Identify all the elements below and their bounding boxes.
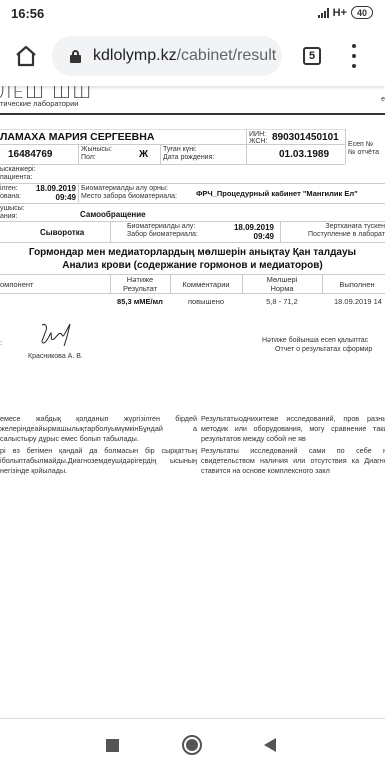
cell-norm: 5,8 - 71,2 — [242, 297, 322, 306]
report-generated-note: Нәтиже бойынша есеп қалыптасОтчет о резу… — [262, 336, 372, 354]
divider — [246, 129, 247, 164]
lock-icon — [70, 50, 81, 63]
column-header-component: омпонент — [0, 280, 33, 289]
divider — [110, 221, 111, 242]
collection-datetime: 18.09.201909:49 — [230, 223, 274, 241]
registration-label: ілген:ована: — [0, 185, 21, 201]
biomaterial-place-label: Биоматериалды алу орны:Место забора биом… — [81, 185, 177, 201]
lab-receipt-label: Зертханаға түскенПоступление в лаборат — [298, 223, 385, 239]
home-icon — [12, 42, 40, 70]
signature-image — [36, 321, 76, 349]
cell-comment: повышено — [170, 297, 242, 306]
lab-logo-subtitle: тические лаборатории — [0, 99, 78, 108]
header-right-text: е — [381, 96, 385, 103]
signal-icon — [318, 8, 329, 18]
tab-switcher-button[interactable]: 5 — [303, 47, 321, 65]
divider — [0, 293, 385, 294]
sex-value: Ж — [139, 150, 148, 159]
status-bar: 16:56 H+ 40 — [0, 0, 385, 28]
disclaimer-ru-2: Результаты исследований сами по себе не … — [201, 446, 385, 476]
system-navigation-bar — [0, 718, 385, 770]
dob-label: Туған күні:Дата рождения: — [163, 146, 214, 162]
column-header-result: НәтижеРезультат — [110, 275, 170, 293]
disclaimer-kz-1: емесе жабдық қолданып жүргізілген бірдей… — [0, 414, 197, 444]
dob-value: 01.03.1989 — [279, 150, 329, 159]
divider — [280, 221, 281, 242]
sample-type: Сыворотка — [40, 228, 84, 237]
column-header-norm: МөлшеріНорма — [242, 275, 322, 293]
home-nav-button[interactable] — [182, 735, 202, 755]
battery-icon: 40 — [351, 6, 373, 19]
disclaimer-kz-2: рі өз бетімен қандай да болмасын бір сыр… — [0, 446, 197, 476]
back-button[interactable] — [264, 738, 276, 752]
divider — [345, 129, 346, 164]
recent-apps-button[interactable] — [106, 739, 119, 752]
iin-label: ИИН:ЖСН: — [249, 131, 267, 145]
address-label: ысканжері:пациента: — [0, 166, 35, 182]
lab-report-document: ЛЕШ ШШ тические лаборатории е ЛАМАХА МАР… — [0, 86, 385, 700]
overflow-menu-button[interactable] — [350, 44, 358, 68]
divider — [0, 129, 345, 130]
divider — [0, 221, 385, 222]
lab-logo: ЛЕШ ШШ — [0, 86, 92, 100]
referral-value: Самообращение — [80, 210, 146, 219]
divider — [0, 164, 345, 165]
divider — [78, 183, 79, 202]
column-header-done: Выполнен — [322, 280, 385, 289]
home-button[interactable] — [12, 42, 40, 70]
patient-id: 16484769 — [8, 150, 53, 159]
url-path: /cabinet/result — [177, 47, 277, 64]
sex-label: Жынысы:Пол: — [81, 146, 112, 162]
status-time: 16:56 — [11, 6, 44, 21]
cell-done: 18.09.2019 14 — [334, 297, 382, 306]
url-host: kdlolymp.kz — [93, 47, 177, 64]
header-divider — [0, 113, 385, 115]
iin-value: 890301450101 — [272, 133, 339, 142]
menu-dot-icon — [352, 54, 356, 58]
referral-label: ушысы:ания: — [0, 205, 25, 221]
collection-label: Биоматериалды алу:Забор биоматериала: — [127, 223, 198, 239]
signer-name: Красникова А. В. — [28, 352, 83, 361]
divider — [0, 203, 385, 204]
cell-result: 85,3 мМЕ/мл — [110, 297, 170, 306]
report-number-label: Есеп №№ отчёта — [348, 141, 379, 157]
browser-toolbar: kdlolymp.kz/cabinet/result 5 — [0, 28, 385, 86]
column-header-comments: Комментарии — [170, 280, 242, 289]
divider — [0, 144, 345, 145]
registration-datetime: 18.09.201909:49 — [32, 184, 76, 202]
network-type: H+ — [333, 7, 347, 19]
divider — [0, 242, 385, 243]
analysis-title-kz: Гормондар мен медиаторлардың мөлшерін ан… — [0, 246, 385, 259]
menu-dot-icon — [352, 44, 356, 48]
signature-label: : — [0, 338, 2, 347]
divider — [0, 274, 385, 275]
disclaimer-ru-1: Результатыоднихитеже исследований, пров … — [201, 414, 385, 444]
battery-level: 40 — [357, 8, 367, 18]
status-indicators: H+ 40 — [318, 6, 373, 19]
biomaterial-place: ФРЧ_Процедурный кабинет "Мангилик Ел" — [196, 189, 358, 198]
analysis-title-ru: Анализ крови (содержание гормонов и меди… — [0, 259, 385, 272]
address-bar[interactable]: kdlolymp.kz/cabinet/result — [52, 36, 282, 76]
menu-dot-icon — [352, 64, 356, 68]
divider — [160, 144, 161, 164]
patient-name: ЛАМАХА МАРИЯ СЕРГЕЕВНА — [0, 133, 154, 142]
url-text: kdlolymp.kz/cabinet/result — [93, 47, 276, 65]
divider — [78, 144, 79, 164]
